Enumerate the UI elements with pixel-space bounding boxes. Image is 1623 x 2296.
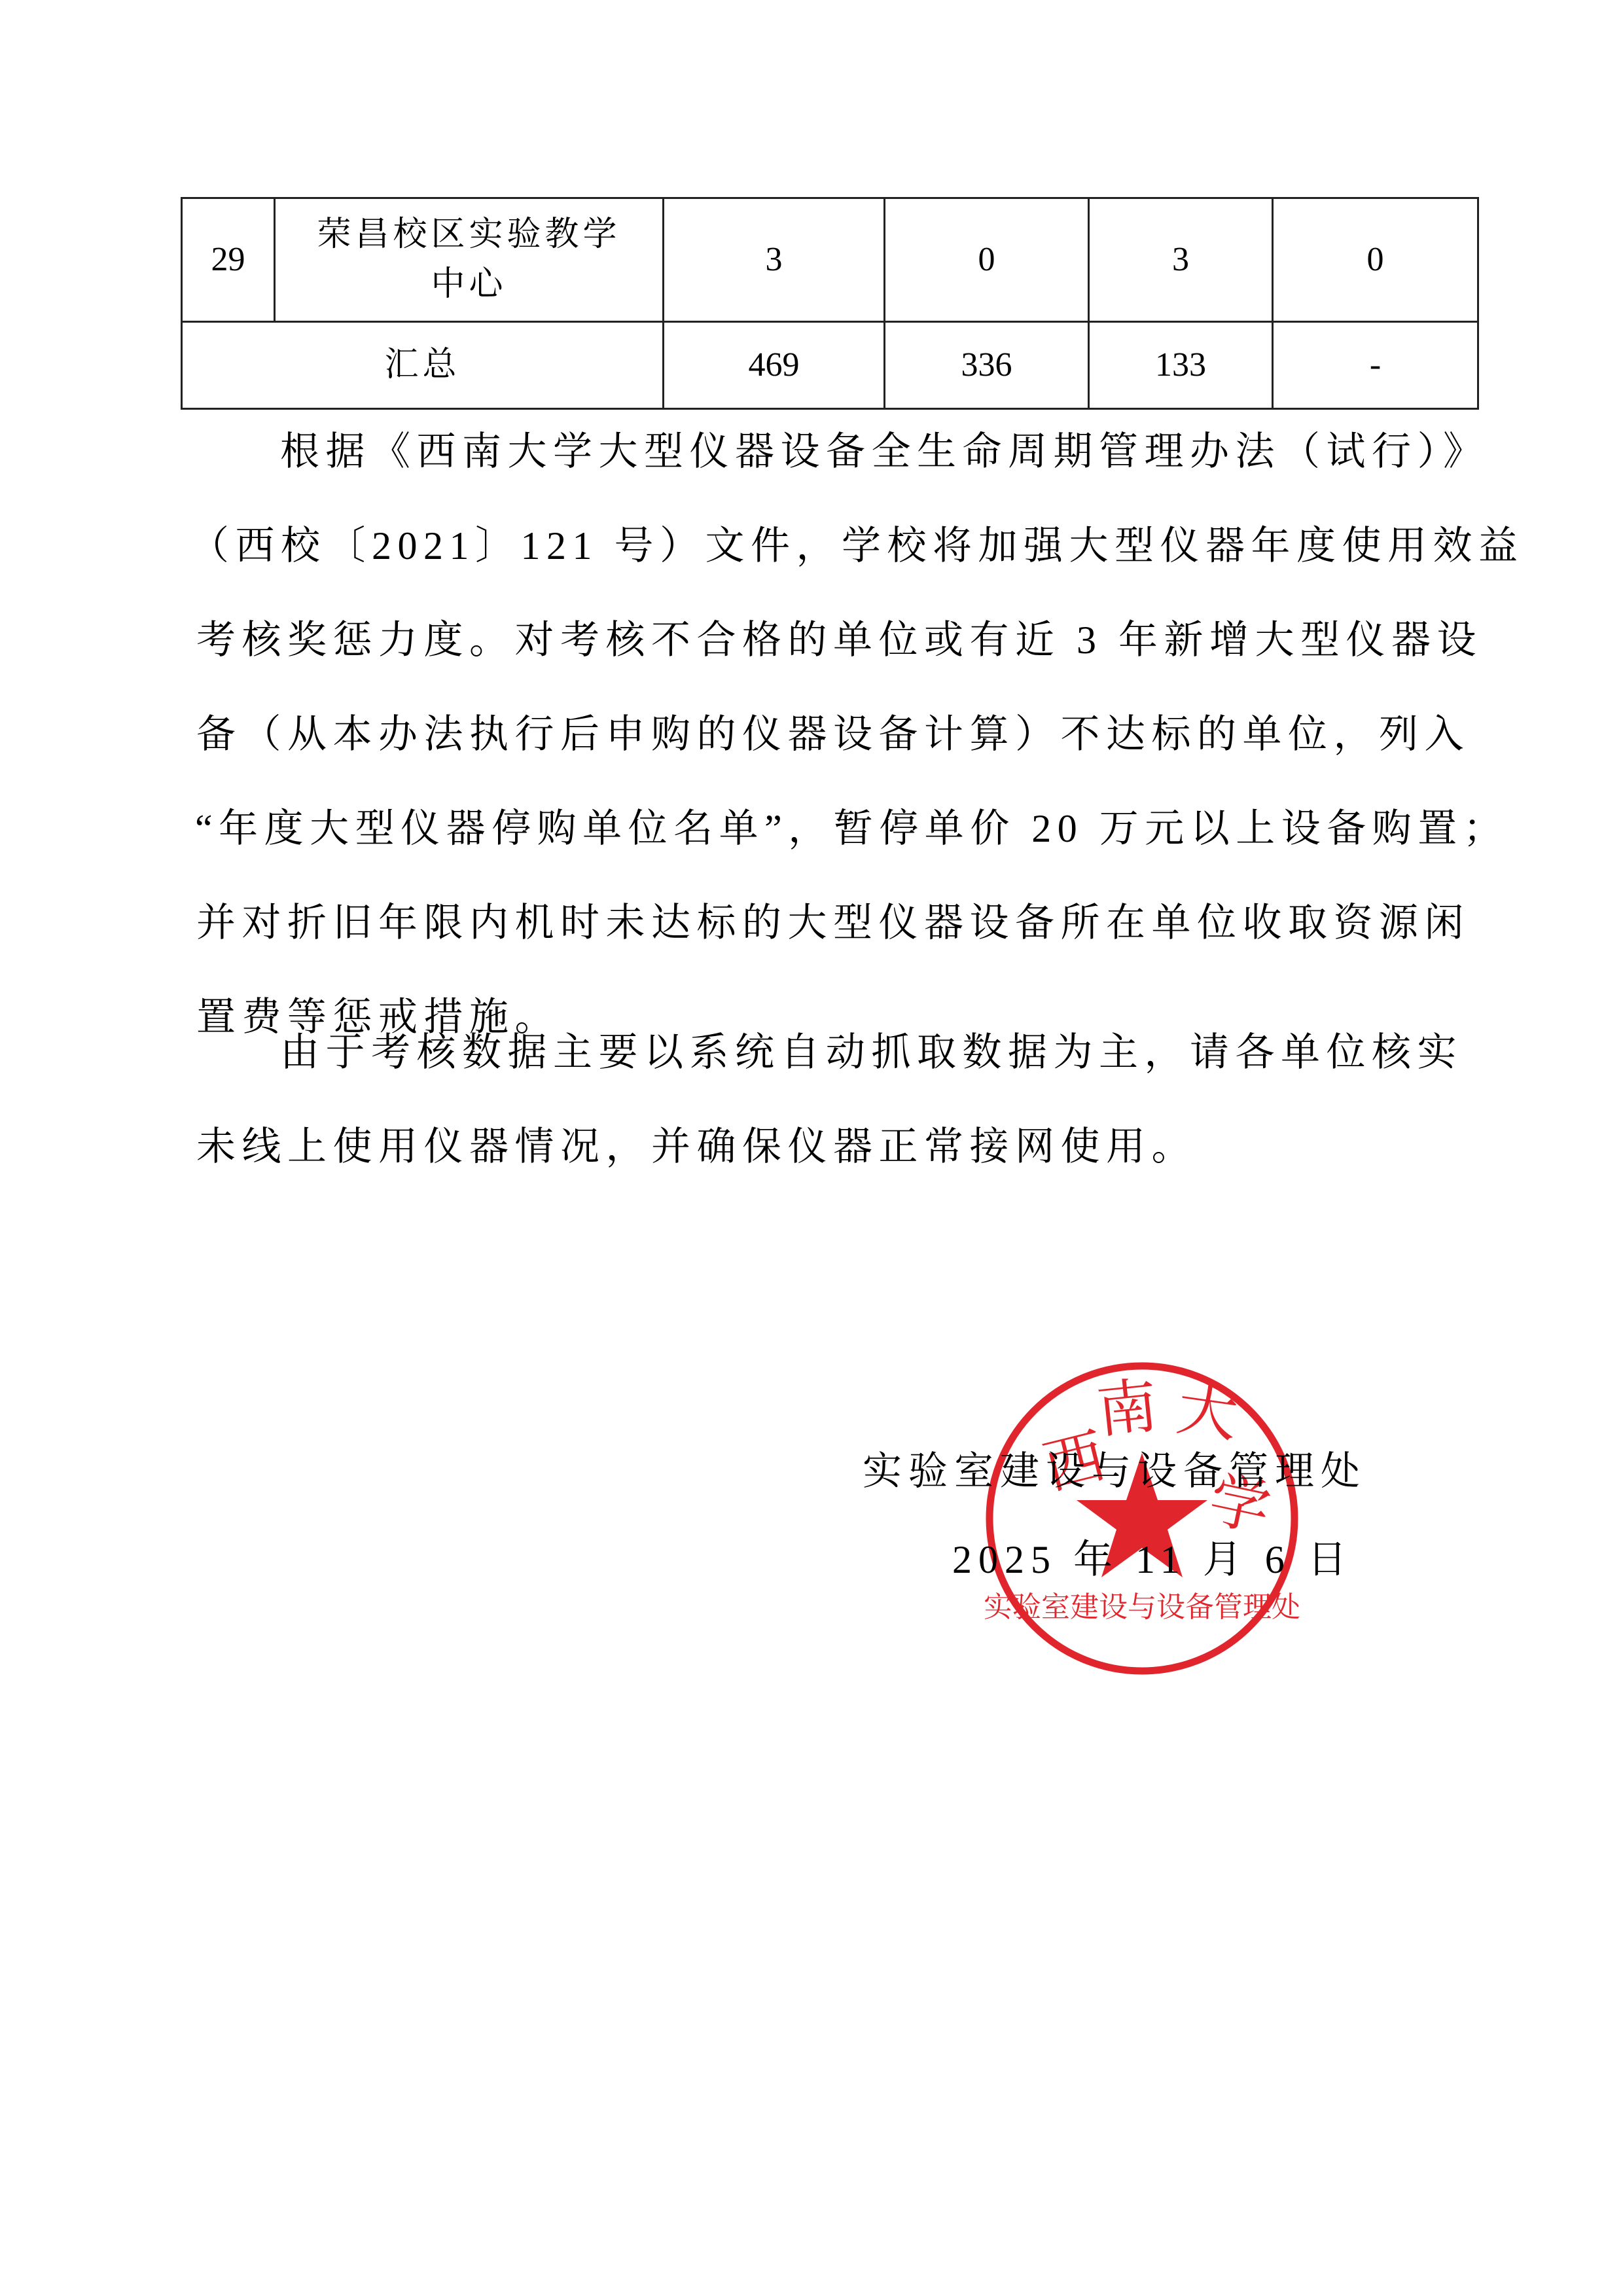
cell-col2: 0 bbox=[885, 198, 1089, 322]
signature-office: 实验室建设与设备管理处 bbox=[863, 1440, 1366, 1496]
official-seal-icon: 西 南 大 学 实验室建设与设备管理处 bbox=[978, 1355, 1306, 1682]
cell-col4: 0 bbox=[1273, 198, 1478, 322]
paragraph-line: 备（从本办法执行后申购的仪器设备计算）不达标的单位，列入 bbox=[196, 687, 1427, 781]
unit-name: 荣昌校区实验教学 中心 bbox=[275, 198, 664, 322]
summary-label: 汇总 bbox=[182, 322, 664, 409]
paragraph-line: 并对折旧年限内机时未达标的大型仪器设备所在单位收取资源闲 bbox=[196, 876, 1427, 970]
cell-col3: 3 bbox=[1089, 198, 1273, 322]
unit-name-line-2: 中心 bbox=[276, 260, 662, 310]
summary-col1: 469 bbox=[664, 322, 885, 409]
signature-date: 2025 年 11 月 6 日 bbox=[952, 1528, 1353, 1585]
svg-text:南: 南 bbox=[1094, 1371, 1161, 1446]
paragraph-notice: 由于考核数据主要以系统自动抓取数据为主，请各单位核实 未线上使用仪器情况，并确保… bbox=[196, 1005, 1427, 1194]
summary-row: 汇总 469 336 133 - bbox=[182, 322, 1478, 409]
paragraph-line: 根据《西南大学大型仪器设备全生命周期管理办法（试行）》 bbox=[196, 404, 1427, 499]
row-index: 29 bbox=[182, 198, 275, 322]
svg-text:实验室建设与设备管理处: 实验室建设与设备管理处 bbox=[984, 1590, 1300, 1624]
unit-name-line-1: 荣昌校区实验教学 bbox=[276, 210, 662, 260]
statistics-table: 29 荣昌校区实验教学 中心 3 0 3 0 汇总 469 336 133 - bbox=[181, 197, 1479, 410]
paragraph-line: 由于考核数据主要以系统自动抓取数据为主，请各单位核实 bbox=[196, 1005, 1427, 1100]
paragraph-policy: 根据《西南大学大型仪器设备全生命周期管理办法（试行）》 （西校〔2021〕121… bbox=[196, 404, 1427, 1064]
svg-text:大: 大 bbox=[1173, 1373, 1242, 1451]
cell-col1: 3 bbox=[664, 198, 885, 322]
paragraph-line: （西校〔2021〕121 号）文件，学校将加强大型仪器年度使用效益 bbox=[190, 499, 1427, 593]
paragraph-line: 考核奖惩力度。对考核不合格的单位或有近 3 年新增大型仪器设 bbox=[196, 593, 1427, 687]
paragraph-line: 未线上使用仪器情况，并确保仪器正常接网使用。 bbox=[196, 1100, 1427, 1194]
table-row: 29 荣昌校区实验教学 中心 3 0 3 0 bbox=[182, 198, 1478, 322]
summary-col2: 336 bbox=[885, 322, 1089, 409]
summary-col4: - bbox=[1273, 322, 1478, 409]
paragraph-line: “年度大型仪器停购单位名单”，暂停单价 20 万元以上设备购置； bbox=[195, 781, 1427, 876]
summary-col3: 133 bbox=[1089, 322, 1273, 409]
